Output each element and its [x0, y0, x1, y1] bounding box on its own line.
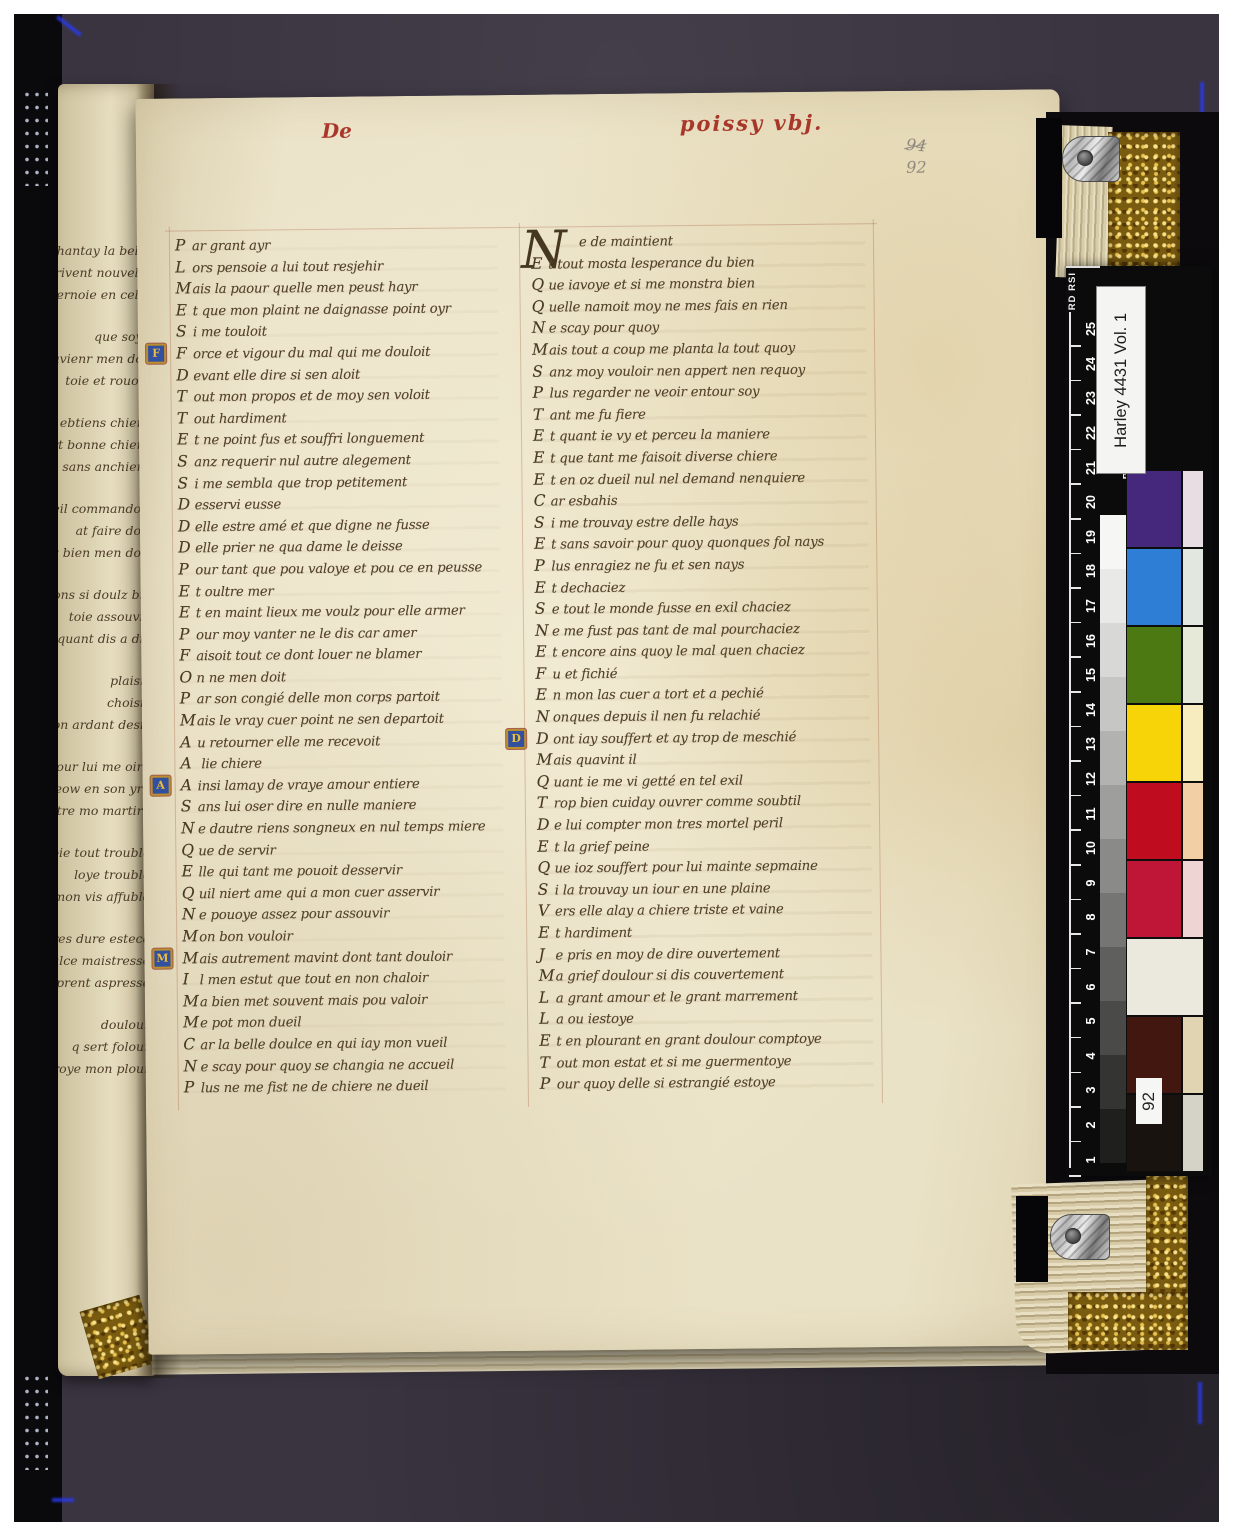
line-text: t hardiment: [555, 926, 632, 942]
color-patch: [1126, 782, 1182, 860]
line-initial: F: [176, 343, 193, 365]
grey-step: [1100, 623, 1126, 677]
line-initial: M: [182, 926, 199, 948]
line-text: insi lamay de vraye amour entiere: [198, 777, 420, 794]
line-initial: S: [532, 361, 549, 383]
folio-sticker-text: 92: [1139, 1092, 1159, 1111]
line-initial: Q: [537, 771, 554, 793]
illuminated-initial: M: [152, 948, 172, 968]
line-initial: N: [182, 905, 199, 927]
tint-patch: [1182, 626, 1204, 704]
grey-step: [1100, 893, 1126, 947]
ruler-scale: RD RSI 252423222120191817161514131211109…: [1066, 266, 1100, 1178]
line-text: ont iay souffert et ay trop de meschié: [553, 730, 796, 748]
page-clip-bottom: [1050, 1214, 1110, 1260]
line-initial: E: [534, 577, 551, 599]
ruler-number: 20: [1084, 495, 1098, 509]
tint-patch: [1182, 704, 1204, 782]
line-text: ar grant ayr: [192, 238, 270, 254]
line-text: t quant ie vy et perceu la maniere: [550, 428, 770, 445]
line-initial: S: [538, 879, 555, 901]
line-initial: L: [175, 257, 192, 279]
line-text: orce et vigour du mal qui me douloit: [193, 345, 430, 362]
ruler-ticks: 2524232221201918171615141312111098765432…: [1066, 312, 1100, 1177]
ruler-tick: 20: [1066, 485, 1100, 520]
ruler-number: 6: [1084, 983, 1098, 990]
line-initial: E: [179, 602, 196, 624]
line-initial: E: [178, 581, 195, 603]
line-text: ue iavoye et si me monstra bien: [548, 277, 755, 294]
patch-row: [1126, 548, 1204, 626]
line-initial: A: [181, 775, 198, 797]
ruler-tick: 17: [1066, 589, 1100, 624]
ruler-tick: 6: [1066, 969, 1100, 1004]
ruler-tick: 10: [1066, 831, 1100, 866]
line-text: elle prier ne qua dame le deisse: [195, 539, 403, 556]
folio-number-current: 92: [906, 158, 927, 177]
ruler-tick: 7: [1066, 935, 1100, 970]
line-initial: E: [531, 253, 548, 275]
line-text: onques depuis il nen fu relachié: [553, 708, 761, 725]
line-text: ar la belle doulce en qui iay mon vueil: [200, 1036, 447, 1054]
line-text: anz moy vouloir nen appert nen requoy: [549, 362, 805, 380]
ruler-number: 3: [1084, 1087, 1098, 1094]
blue-film-mark: [52, 1498, 74, 1502]
line-initial: N: [532, 318, 549, 340]
tint-patch: [1182, 860, 1204, 938]
line-text: e dautre riens songneux en nul temps mie…: [198, 819, 486, 837]
line-text: t ne point fus et souffri longuement: [194, 431, 424, 448]
line-text: a grant amour et le grant marrement: [556, 989, 798, 1007]
color-patches: [1126, 470, 1204, 1172]
line-initial: Q: [537, 858, 554, 880]
line-initial: N: [536, 707, 553, 729]
line-initial: E: [533, 469, 550, 491]
line-text: esservi eusse: [195, 497, 282, 513]
line-text: t que mon plaint ne daignasse point oyr: [193, 301, 451, 319]
ruler-tick: 24: [1066, 347, 1100, 382]
ruler-number: 15: [1084, 668, 1098, 682]
film-perforation-dots-bottom: [22, 1372, 48, 1470]
line-initial: P: [178, 559, 195, 581]
patch-row: [1126, 470, 1204, 548]
volume-label: Harley 4431 Vol. 1: [1096, 286, 1146, 474]
ruler-tick: 21: [1066, 450, 1100, 485]
color-patch: [1126, 626, 1182, 704]
line-text: lie chiere: [197, 757, 262, 773]
photo-border: [0, 0, 14, 1536]
line-initial: S: [176, 322, 193, 344]
line-text: uant ie me vi getté en tel exil: [554, 773, 743, 790]
line-text: lus regarder ne veoir entour soy: [549, 385, 759, 402]
line-initial: E: [535, 642, 552, 664]
line-initial: T: [537, 793, 554, 815]
clip-hole: [1077, 150, 1093, 166]
line-text: e me fust pas tant de mal pourchaciez: [552, 622, 800, 640]
patch-row: [1126, 626, 1204, 704]
clip-hole: [1065, 1228, 1081, 1244]
line-text: ais tout a coup me planta la tout quoy: [549, 341, 795, 359]
line-initial: E: [533, 447, 550, 469]
line-initial: E: [176, 300, 193, 322]
line-initial: T: [539, 1052, 556, 1074]
color-patch: [1126, 470, 1182, 548]
line-text: n mon las cuer a tort et a pechié: [553, 687, 764, 704]
line-text: our quoy delle si estrangié estoye: [557, 1075, 776, 1092]
film-perforation-dots-top: [22, 88, 48, 186]
line-text: t en maint lieux me voulz pour elle arme…: [196, 604, 465, 622]
grey-step: [1100, 569, 1126, 623]
folio-numbers: 94 92: [906, 135, 927, 179]
line-initial: M: [175, 278, 192, 300]
line-text: a grief doulour si dis couvertement: [556, 967, 784, 984]
line-initial: A: [180, 754, 197, 776]
line-initial: S: [181, 797, 198, 819]
line-text: evant elle dire si sen aloit: [193, 367, 360, 384]
illuminated-initial: A: [151, 775, 171, 795]
ruler-tick: 8: [1066, 900, 1100, 935]
line-text: e lui compter mon tres mortel peril: [554, 816, 783, 833]
line-initial: L: [539, 1009, 556, 1031]
line-initial: E: [539, 1030, 556, 1052]
line-text: u retourner elle me recevoit: [197, 734, 380, 751]
line-initial: P: [179, 624, 196, 646]
ruler-tick: 13: [1066, 727, 1100, 762]
line-text: lle qui tant me pouoit desservir: [198, 863, 402, 880]
line-initial: S: [177, 473, 194, 495]
line-initial: E: [534, 534, 551, 556]
line-initial: Q: [531, 275, 548, 297]
line-initial: E: [181, 861, 198, 883]
line-initial: M: [182, 948, 199, 970]
ruler-number: 2: [1084, 1121, 1098, 1128]
ruler-number: 1: [1084, 1156, 1098, 1163]
ruler-number: 9: [1084, 879, 1098, 886]
color-patch: [1126, 860, 1182, 938]
line-text: t tout mosta lesperance du bien: [548, 255, 754, 272]
line-initial: Q: [182, 883, 199, 905]
line-text: uil niert ame qui a mon cuer asservir: [199, 885, 440, 903]
tint-patch: [1182, 1016, 1204, 1094]
grey-step: [1100, 1055, 1126, 1109]
photo-scene: ps hantay la bellerivent nouvelleernoie …: [14, 14, 1219, 1522]
line-text: e scay pour quoy: [549, 321, 659, 337]
ruler-number: 16: [1084, 634, 1098, 648]
line-text: e pouoye assez pour assouvir: [199, 907, 389, 924]
line-initial: F: [535, 663, 552, 685]
line-initial: I: [183, 969, 200, 991]
line-initial: N: [183, 1056, 200, 1078]
line-initial: J: [538, 944, 555, 966]
verse-column-right: Ne de maintientEt tout mosta lesperance …: [531, 227, 885, 1094]
line-initial: D: [178, 494, 195, 516]
ruler-tick: 2: [1066, 1108, 1100, 1143]
ruler-number: 17: [1084, 599, 1098, 613]
line-text: t sans savoir pour quoy quonques fol nay…: [551, 535, 824, 553]
line-text: ais quavint il: [553, 753, 636, 769]
grey-step: [1100, 1001, 1126, 1055]
color-patch: [1126, 548, 1182, 626]
line-initial: M: [532, 340, 549, 362]
ruler-tick: 4: [1066, 1038, 1100, 1073]
ruler-tick: 5: [1066, 1004, 1100, 1039]
line-initial: P: [175, 235, 192, 257]
tint-patch: [1182, 1094, 1204, 1172]
ruler-number: 18: [1084, 565, 1098, 579]
line-initial: N: [181, 818, 198, 840]
line-text: l men estut que tout en non chaloir: [200, 971, 429, 988]
line-initial: T: [176, 386, 193, 408]
color-patch: [1126, 938, 1204, 1016]
ruler-number: 13: [1084, 737, 1098, 751]
line-initial: P: [180, 689, 197, 711]
line-text: e de maintient: [579, 234, 673, 250]
line-initial: P: [184, 1077, 201, 1099]
greyscale-strip: [1100, 515, 1126, 1163]
line-initial: T: [533, 404, 550, 426]
ruler-header-text: RD RSI: [1067, 272, 1099, 310]
line-text: ais le vray cuer point ne sen departoit: [197, 712, 444, 730]
patch-row: [1126, 704, 1204, 782]
line-initial: P: [532, 383, 549, 405]
line-text: ar esbahis: [551, 494, 618, 510]
line-initial: E: [537, 836, 554, 858]
ruler-tick: 18: [1066, 554, 1100, 589]
color-calibration-bar: RD RSI 252423222120191817161514131211109…: [1066, 266, 1212, 1176]
running-header-title: poissy vbj.: [680, 110, 824, 137]
ruler-tick: 12: [1066, 762, 1100, 797]
line-text: elle estre amé et que digne ne fusse: [195, 518, 430, 535]
tint-patch: [1182, 782, 1204, 860]
grey-step: [1100, 1109, 1126, 1163]
ruler-tick: 11: [1066, 796, 1100, 831]
manuscript-photograph: ps hantay la bellerivent nouvelleernoie …: [0, 0, 1245, 1536]
line-text: ais la paour quelle men peust hayr: [192, 280, 417, 297]
line-initial: N: [535, 620, 552, 642]
line-initial: D: [178, 516, 195, 538]
line-text: aisoit tout ce dont louer ne blamer: [196, 647, 421, 664]
volume-label-text: Harley 4431 Vol. 1: [1112, 313, 1131, 448]
line-initial: P: [540, 1074, 557, 1096]
line-initial: O: [179, 667, 196, 689]
line-text: a bien met souvent mais pou valoir: [200, 993, 427, 1010]
ruler-tick: 25: [1066, 312, 1100, 347]
line-initial: E: [533, 426, 550, 448]
line-text: on bon vouloir: [199, 929, 293, 945]
film-edge-strip: [14, 14, 62, 1522]
line-text: ors pensoie a lui tout resjehir: [192, 259, 383, 276]
line-text: ue de servir: [198, 843, 276, 859]
photo-border: [0, 1522, 1245, 1536]
line-initial: P: [534, 555, 551, 577]
grey-step: [1100, 515, 1126, 569]
line-initial: E: [538, 923, 555, 945]
line-text: t dechaciez: [552, 580, 626, 596]
line-initial: M: [183, 1013, 200, 1035]
ruler-number: 19: [1084, 530, 1098, 544]
line-text: uelle namoit moy ne mes fais en rien: [549, 298, 788, 316]
line-initial: M: [180, 710, 197, 732]
blue-film-mark: [1198, 1382, 1202, 1424]
line-text: t en plourant en grant doulour comptoye: [556, 1032, 821, 1050]
ruler-tick: 9: [1066, 866, 1100, 901]
line-initial: S: [177, 451, 194, 473]
line-text: ers elle alay a chiere triste et vaine: [555, 903, 784, 920]
ruler-number: 4: [1084, 1052, 1098, 1059]
line-text: e tout le monde fusse en exil chaciez: [552, 600, 791, 617]
line-text: our tant que pou valoye et pou ce en peu…: [195, 560, 482, 578]
line-initial: E: [177, 430, 194, 452]
ruler-number: 14: [1084, 703, 1098, 717]
line-initial: V: [538, 901, 555, 923]
ruler-tick: 15: [1066, 658, 1100, 693]
line-initial: D: [536, 728, 553, 750]
line-text: ue ioz souffert pour lui mainte sepmaine: [554, 859, 817, 877]
manuscript-page: De poissy vbj. 94 92 Par grant ayrLors p…: [135, 89, 1072, 1355]
line-text: lus ne me fist ne de chiere ne dueil: [201, 1079, 429, 1096]
illuminated-initial: F: [146, 344, 166, 364]
line-initial: Q: [181, 840, 198, 862]
line-text: t la grief peine: [554, 839, 649, 855]
line-initial: D: [537, 815, 554, 837]
ruler-number: 11: [1084, 807, 1098, 820]
ruler-number: 10: [1084, 841, 1098, 855]
line-text: our moy vanter ne le dis car amer: [196, 626, 417, 643]
line-initial: L: [539, 987, 556, 1009]
line-initial: M: [539, 966, 556, 988]
line-initial: F: [179, 646, 196, 668]
line-initial: T: [177, 408, 194, 430]
patch-row: [1126, 860, 1204, 938]
tint-patch: [1182, 548, 1204, 626]
running-header-left-glyph: De: [322, 119, 352, 143]
line-text: u et fichié: [552, 667, 617, 683]
ruler-tick: 14: [1066, 693, 1100, 728]
gilded-edge-bottom-horizontal: [1068, 1292, 1188, 1350]
line-initial: S: [534, 512, 551, 534]
patch-row: [1126, 938, 1204, 1016]
line-initial: E: [536, 685, 553, 707]
ruler-number: 7: [1084, 949, 1098, 956]
gilded-edge-bottom-vertical: [1146, 1172, 1188, 1312]
line-text: t que tant me faisoit diverse chiere: [550, 449, 777, 466]
line-text: t en oz dueil nul nel demand nenquiere: [550, 470, 805, 488]
ruler-tick: 19: [1066, 520, 1100, 555]
line-text: out mon estat et si me guermentoye: [556, 1054, 791, 1071]
line-initial: D: [178, 538, 195, 560]
line-text: t oultre mer: [196, 584, 274, 600]
ruler-tick: 16: [1066, 623, 1100, 658]
line-text: ar son congié delle mon corps partoit: [197, 690, 440, 708]
line-text: n ne men doit: [196, 670, 286, 686]
line-text: i me trouvay estre delle hays: [551, 514, 739, 531]
line-initial: A: [180, 732, 197, 754]
line-text: t encore ains quoy le mal quen chaciez: [552, 643, 805, 661]
ruler-tick: 1: [1066, 1142, 1100, 1177]
grey-step: [1100, 785, 1126, 839]
line-initial: M: [536, 750, 553, 772]
line-text: e scay pour quoy se changia ne accueil: [201, 1057, 455, 1075]
line-text: e pris en moy de dire ouvertement: [555, 946, 780, 963]
line-initial: M: [183, 991, 200, 1013]
line-text: i me sembla que trop petitement: [194, 475, 407, 492]
line-text: a ou iestoye: [556, 1012, 634, 1028]
line-text: out hardiment: [194, 411, 287, 427]
color-patch: [1126, 704, 1182, 782]
retaining-strap-bottom: [1016, 1196, 1048, 1282]
folio-sticker: 92: [1136, 1078, 1162, 1124]
line-text: rop bien cuiday ouvrer comme soubtil: [554, 794, 801, 812]
ruler-number: 8: [1084, 914, 1098, 921]
grey-step: [1100, 677, 1126, 731]
retaining-strap-top: [1036, 118, 1062, 238]
ruler-tick: 3: [1066, 1073, 1100, 1108]
line-initial: C: [534, 491, 551, 513]
page-clip-top: [1062, 136, 1120, 182]
folio-number-crossed: 94: [905, 134, 927, 158]
line-text: ant me fu fiere: [550, 407, 646, 423]
line-initial: D: [176, 365, 193, 387]
line-initial: S: [535, 599, 552, 621]
patch-row: [1126, 782, 1204, 860]
ruler-number: 12: [1084, 772, 1098, 786]
line-text: i la trouvay un iour en une plaine: [555, 881, 771, 898]
grey-step: [1100, 947, 1126, 1001]
line-text: e pot mon dueil: [200, 1016, 301, 1032]
verse-column-left: Par grant ayrLors pensoie a lui tout res…: [175, 231, 524, 1098]
illuminated-initial: D: [506, 728, 526, 748]
tint-patch: [1182, 470, 1204, 548]
verse-line: Plus ne me fist ne de chiere ne dueil: [184, 1073, 524, 1098]
line-text: lus enragiez ne fu et sen nays: [551, 557, 744, 574]
line-text: ans lui oser dire en nulle maniere: [198, 798, 417, 815]
line-initial: Q: [532, 296, 549, 318]
line-text: i me touloit: [193, 325, 267, 341]
ruler-number: 5: [1084, 1018, 1098, 1025]
line-text: out mon propos et de moy sen voloit: [194, 388, 430, 405]
photo-border: [1219, 0, 1245, 1536]
line-text: anz requerir nul autre alegement: [194, 453, 411, 470]
grey-step: [1100, 731, 1126, 785]
grey-step: [1100, 839, 1126, 893]
verse-line: Pour quoy delle si estrangié estoye: [540, 1069, 885, 1094]
ruler-tick: 23: [1066, 381, 1100, 416]
line-text: ais autrement mavint dont tant douloir: [199, 949, 452, 967]
photo-border: [0, 0, 1245, 14]
line-initial: C: [183, 1034, 200, 1056]
ruler-tick: 22: [1066, 416, 1100, 451]
